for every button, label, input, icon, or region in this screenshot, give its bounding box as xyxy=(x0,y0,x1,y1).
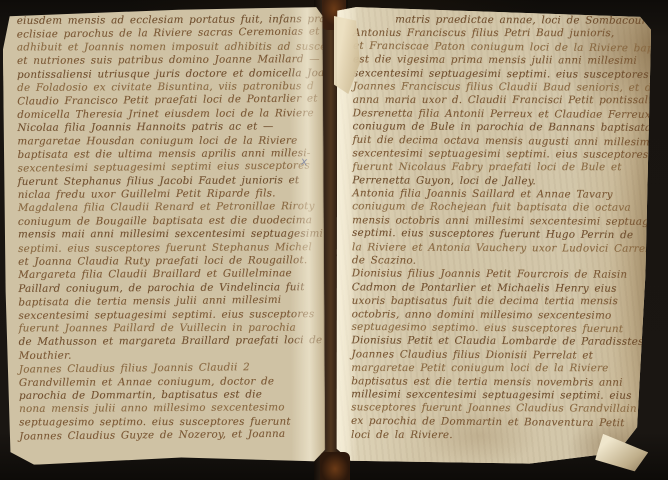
right-page: matris praedictae annae, loci de Sombaco… xyxy=(335,5,651,469)
manuscript-text-line: sexcentesimi septuagesimi septimi. eius … xyxy=(352,147,644,162)
manuscript-text-line: sexcentesimi septuagesimi septimi. eius … xyxy=(18,308,318,323)
manuscript-text-line: Grandvillemin et Annae coniugum, doctor … xyxy=(19,375,319,390)
manuscript-text-line: adhibuit et Joannis nomen imposuit adhib… xyxy=(17,40,317,54)
manuscript-text-line: Joannes Franciscus filius Claudii Baud s… xyxy=(353,80,645,95)
manuscript-text-line: mensis maii anni millesimi sexcentesimi … xyxy=(18,228,318,242)
manuscript-text-line: margaretae Housdan coniugum loci de la R… xyxy=(17,134,317,148)
spine-leather-bottom xyxy=(320,452,350,480)
left-page-text: eiusdem mensis ad ecclesiam portatus fui… xyxy=(17,13,320,443)
manuscript-text-line: fuerunt Nicolaus Fabry praefati loci de … xyxy=(352,161,644,175)
manuscript-text-line: Joannes Claudius Guyze de Nozeroy, et Jo… xyxy=(19,428,319,445)
manuscript-text-line: Cadmon de Pontarlier et Michaelis Henry … xyxy=(352,281,644,296)
manuscript-text-line: de Mathusson et margareta Braillard prae… xyxy=(19,334,319,349)
manuscript-text-line: loci de la Riviere. xyxy=(351,429,643,443)
manuscript-text-line: Joannes Claudius filius Dionisii Perrela… xyxy=(351,348,643,363)
manuscript-text-line: anna maria uxor d. Claudii Francisci Pet… xyxy=(353,94,645,108)
manuscript-text-line: Dionisius filius Joannis Petit Fourcrois… xyxy=(352,268,644,283)
manuscript-text-line: et nutriones suis patribus domino Joanne… xyxy=(17,53,317,68)
manuscript-scan: eiusdem mensis ad ecclesiam portatus fui… xyxy=(0,0,668,480)
manuscript-text-line: nona mensis julii anno millesimo sexcent… xyxy=(19,401,319,416)
manuscript-text-line: coniugum de Rochejean fuit baptisata die… xyxy=(352,201,644,216)
manuscript-text-line: fuerunt Joannes Paillard de Vuillecin in… xyxy=(19,322,319,336)
right-page-text: matris praedictae annae, loci de Sombaco… xyxy=(351,13,645,443)
manuscript-text-line: est die vigesima prima mensis julii anni… xyxy=(353,53,645,68)
manuscript-text-line: coniugum de Bule in parochia de Bannans … xyxy=(353,120,645,135)
pencil-x-mark: x xyxy=(300,155,308,169)
manuscript-text-line: Dionisius Petit et Claudia Lombarde de P… xyxy=(351,335,643,350)
manuscript-text-line: septuagesimo septimo. eius susceptores f… xyxy=(351,321,643,337)
manuscript-text-line: margaretae Petit coniugum loci de la Riv… xyxy=(351,362,643,376)
manuscript-text-line: et Franciscae Paton coniugum loci de la … xyxy=(353,40,645,56)
manuscript-text-line: uxoris baptisatus fuit die decima tertia… xyxy=(352,295,644,309)
manuscript-text-line: fuit die decima octava mensis augusti an… xyxy=(352,133,644,149)
left-page: eiusdem mensis ad ecclesiam portatus fui… xyxy=(3,7,326,465)
manuscript-text-line: Nicolaa filia Joannis Hannoits patris ac… xyxy=(17,120,317,135)
manuscript-text-line: matris praedictae annae, loci de Sombaco… xyxy=(395,13,645,28)
manuscript-text-line: Antonius Franciscus filius Petri Baud ju… xyxy=(353,27,645,41)
